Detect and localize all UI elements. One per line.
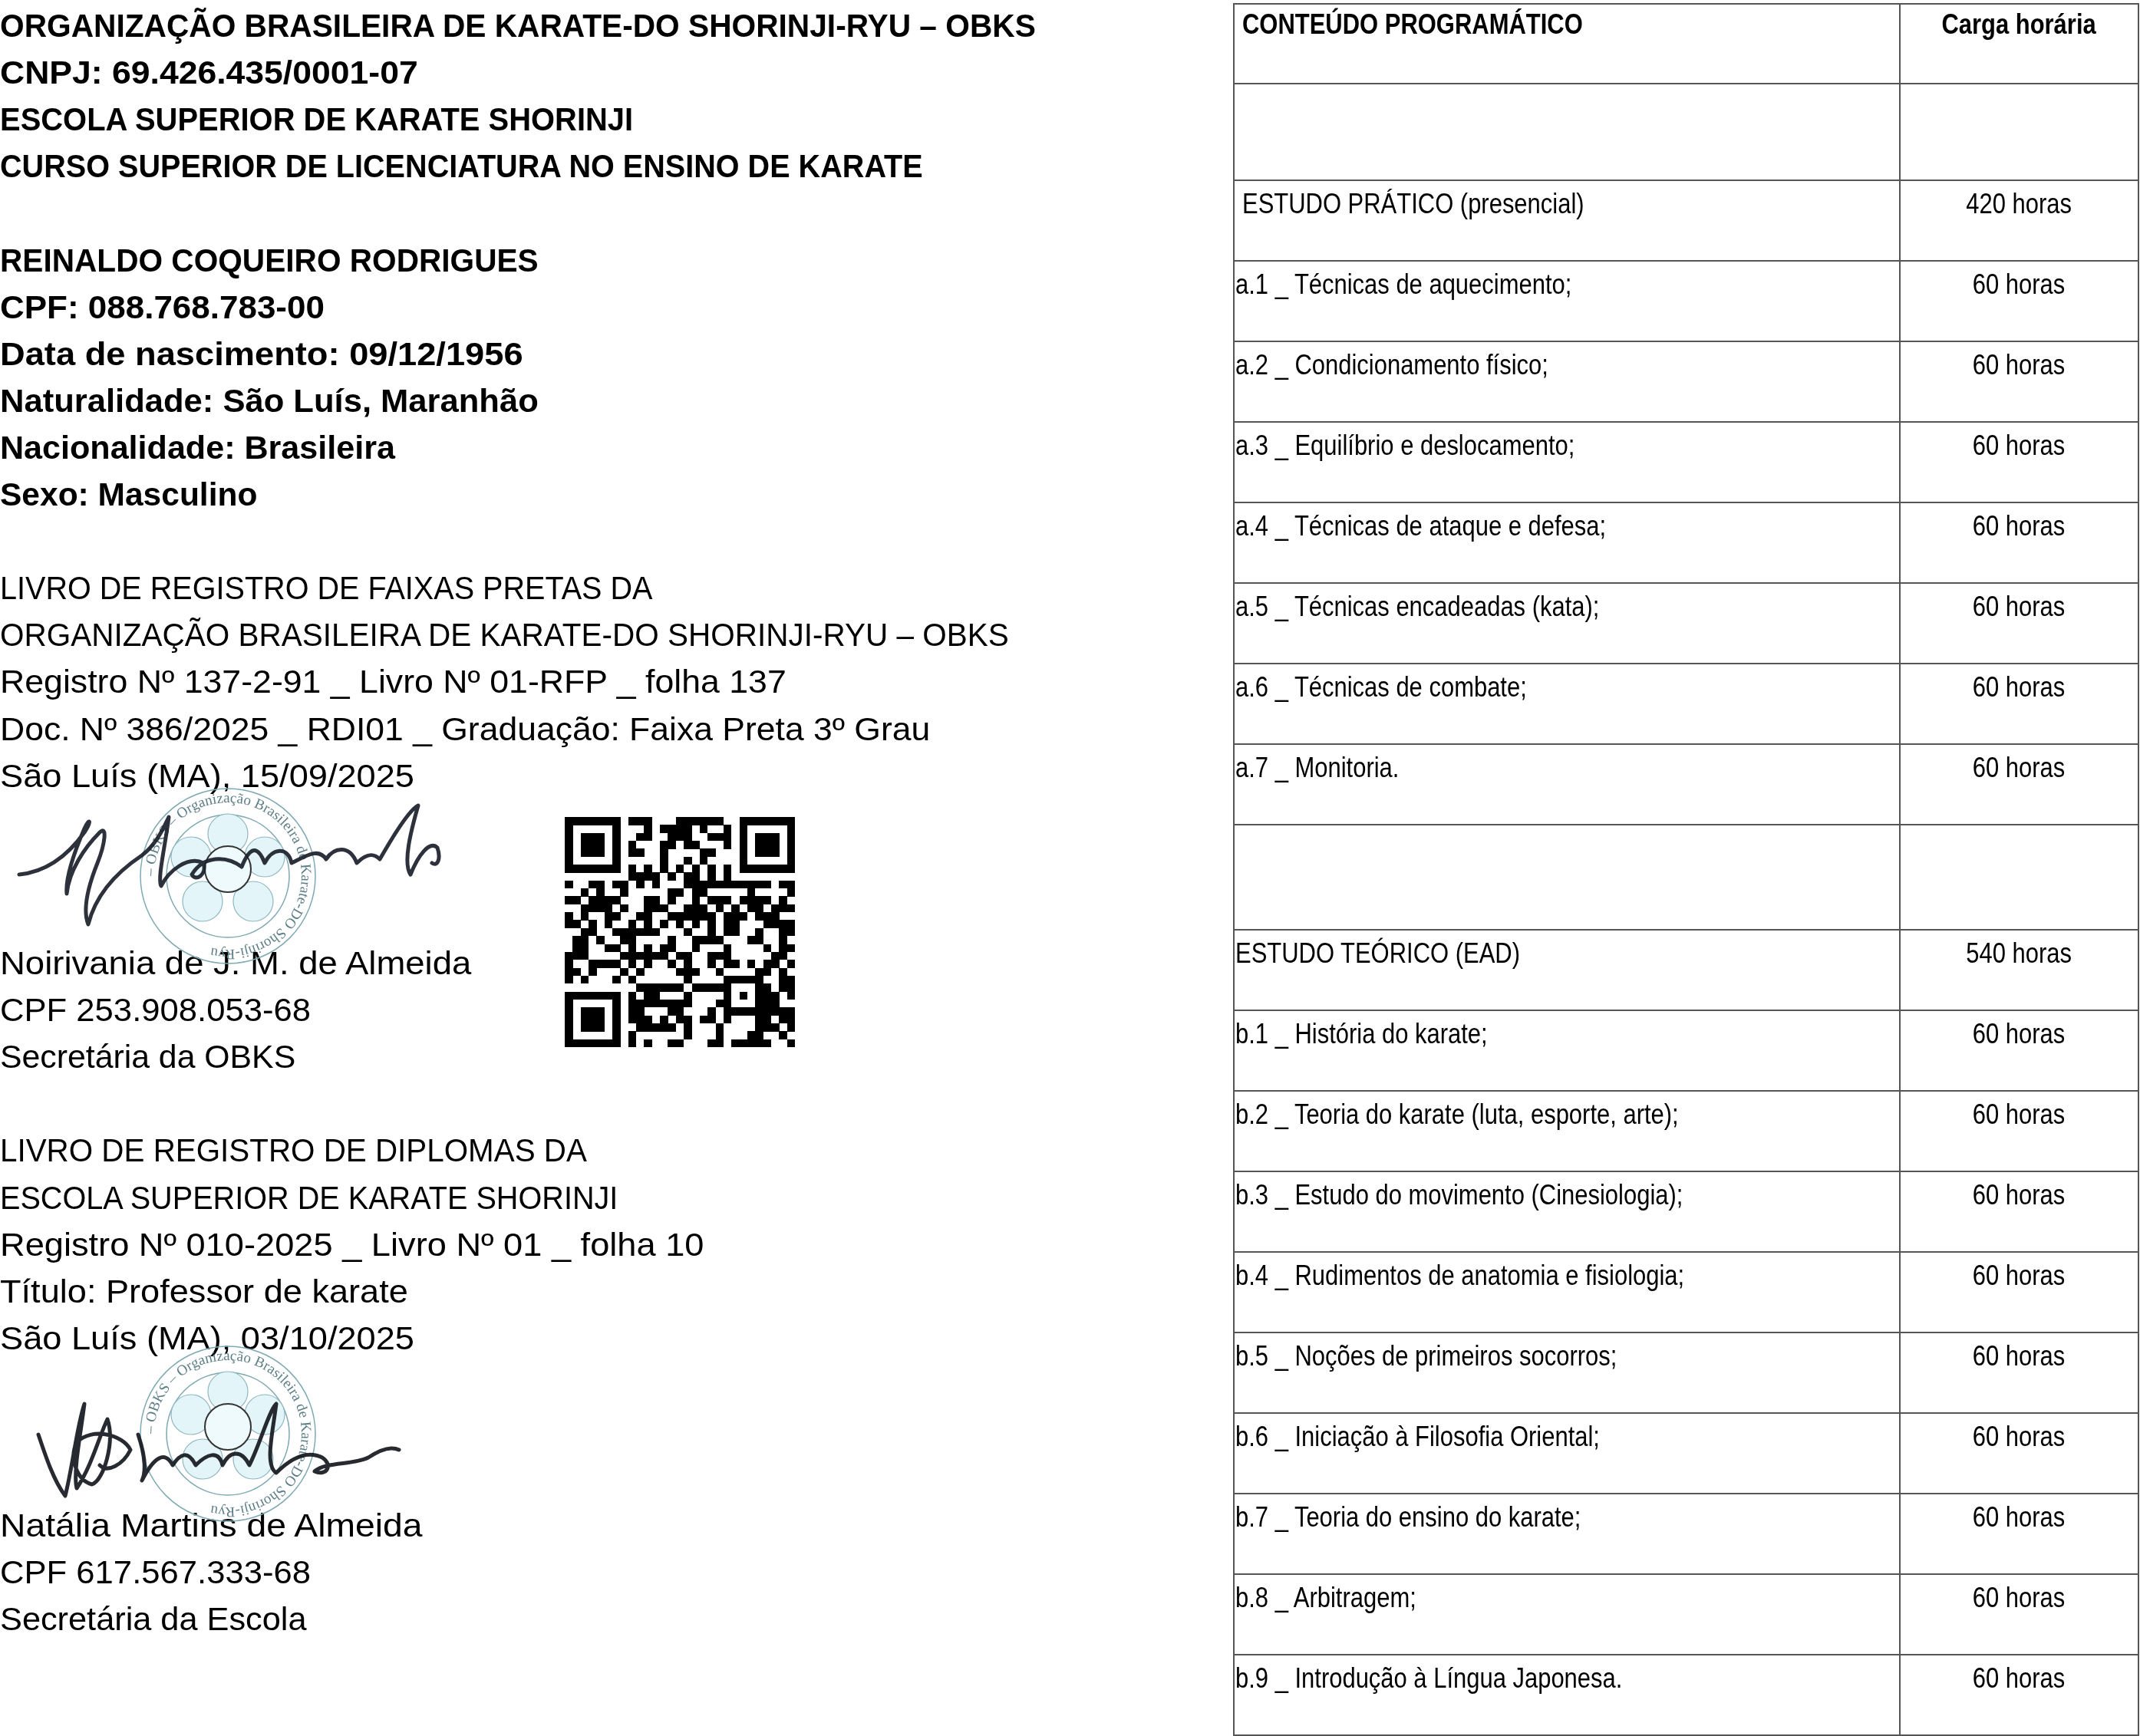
registration-column: ORGANIZAÇÃO BRASILEIRA DE KARATE-DO SHOR…: [0, 0, 1197, 1736]
hours-label: 60 horas: [1973, 430, 2065, 461]
organization-name: ORGANIZAÇÃO BRASILEIRA DE KARATE-DO SHOR…: [0, 7, 1036, 45]
hours-label: 60 horas: [1973, 269, 2065, 300]
content-cell: b.3 _ Estudo do movimento (Cinesiologia)…: [1234, 1171, 1900, 1252]
content-label: b.1 _ História do karate;: [1235, 1019, 1488, 1049]
content-cell: b.6 _ Iniciação à Filosofia Oriental;: [1234, 1413, 1900, 1494]
student-cpf: CPF: 088.768.783-00: [0, 288, 325, 327]
content-cell: b.2 _ Teoria do karate (luta, esporte, a…: [1234, 1091, 1900, 1171]
content-cell: b.7 _ Teoria do ensino do karate;: [1234, 1494, 1900, 1574]
section-row: ESTUDO PRÁTICO (presencial)420 horas: [1234, 180, 2138, 261]
content-label: a.1 _ Técnicas de aquecimento;: [1235, 269, 1571, 300]
hours-cell: 60 horas: [1900, 261, 2138, 341]
hours-label: 60 horas: [1973, 511, 2065, 542]
student-birthplace: Naturalidade: São Luís, Maranhão: [0, 382, 539, 420]
hours-label: 420 horas: [1967, 189, 2072, 219]
table-row: a.2 _ Condicionamento físico;60 horas: [1234, 341, 2138, 422]
table-row: a.4 _ Técnicas de ataque e defesa;60 hor…: [1234, 502, 2138, 583]
hours-cell: [1900, 825, 2138, 930]
hours-cell: 60 horas: [1900, 1091, 2138, 1171]
hours-label: 60 horas: [1973, 1341, 2065, 1372]
content-cell: b.5 _ Noções de primeiros socorros;: [1234, 1332, 1900, 1413]
course-name: CURSO SUPERIOR DE LICENCIATURA NO ENSINO…: [0, 147, 923, 186]
student-nationality: Nacionalidade: Brasileira: [0, 429, 395, 467]
content-cell: a.6 _ Técnicas de combate;: [1234, 664, 1900, 744]
hours-cell: 60 horas: [1900, 1574, 2138, 1655]
hours-label: 60 horas: [1973, 1260, 2065, 1291]
school-secretary-cpf: CPF 617.567.333-68: [0, 1553, 311, 1592]
school-name: ESCOLA SUPERIOR DE KARATE SHORINJI: [0, 100, 633, 139]
hours-label: 540 horas: [1967, 938, 2072, 969]
table-row: b.6 _ Iniciação à Filosofia Oriental;60 …: [1234, 1413, 2138, 1494]
content-label: a.6 _ Técnicas de combate;: [1235, 672, 1527, 703]
hours-label: 60 horas: [1973, 1663, 2065, 1694]
content-cell: a.1 _ Técnicas de aquecimento;: [1234, 261, 1900, 341]
content-cell: ESTUDO PRÁTICO (presencial): [1234, 180, 1900, 261]
header-hours-label: Carga horária: [1942, 9, 2096, 40]
organization-cnpj: CNPJ: 69.426.435/0001-07: [0, 54, 418, 92]
content-cell: b.1 _ História do karate;: [1234, 1010, 1900, 1091]
hours-cell: 60 horas: [1900, 1655, 2138, 1735]
hours-label: 60 horas: [1973, 591, 2065, 622]
hours-cell: 60 horas: [1900, 1010, 2138, 1091]
content-cell: a.2 _ Condicionamento físico;: [1234, 341, 1900, 422]
content-label: ESTUDO TEÓRICO (EAD): [1235, 938, 1520, 969]
table-row: b.8 _ Arbitragem;60 horas: [1234, 1574, 2138, 1655]
syllabus-table: CONTEÚDO PROGRAMÁTICO Carga horária ESTU…: [1233, 3, 2139, 1736]
hours-label: 60 horas: [1973, 350, 2065, 380]
black-belt-document-grade: Doc. Nº 386/2025 _ RDI01 _ Graduação: Fa…: [0, 710, 930, 749]
black-belt-registry-title: LIVRO DE REGISTRO DE FAIXAS PRETAS DA: [0, 569, 652, 608]
hours-cell: 60 horas: [1900, 744, 2138, 825]
obks-secretary-cpf: CPF 253.908.053-68: [0, 991, 311, 1029]
student-name: REINALDO COQUEIRO RODRIGUES: [0, 242, 539, 280]
header-hours: Carga horária: [1900, 4, 2138, 84]
section-row: ESTUDO TEÓRICO (EAD)540 horas: [1234, 930, 2138, 1010]
spacer-row: [1234, 825, 2138, 930]
hours-label: 60 horas: [1973, 1019, 2065, 1049]
document-page: ORGANIZAÇÃO BRASILEIRA DE KARATE-DO SHOR…: [0, 0, 2140, 1736]
diploma-registry-school: ESCOLA SUPERIOR DE KARATE SHORINJI: [0, 1179, 618, 1217]
hours-cell: 60 horas: [1900, 422, 2138, 502]
content-cell: b.4 _ Rudimentos de anatomia e fisiologi…: [1234, 1252, 1900, 1332]
content-label: a.5 _ Técnicas encadeadas (kata);: [1235, 591, 1599, 622]
content-label: a.4 _ Técnicas de ataque e defesa;: [1235, 511, 1606, 542]
obks-secretary-role: Secretária da OBKS: [0, 1038, 295, 1076]
content-cell: [1234, 825, 1900, 930]
hours-label: 60 horas: [1973, 1421, 2065, 1452]
hours-label: 60 horas: [1973, 1180, 2065, 1211]
table-row: b.3 _ Estudo do movimento (Cinesiologia)…: [1234, 1171, 2138, 1252]
table-row: a.6 _ Técnicas de combate;60 horas: [1234, 664, 2138, 744]
school-secretary-role: Secretária da Escola: [0, 1600, 307, 1639]
hours-cell: 60 horas: [1900, 664, 2138, 744]
spacer-row: [1234, 84, 2138, 180]
table-header-row: CONTEÚDO PROGRAMÁTICO Carga horária: [1234, 4, 2138, 84]
content-label: b.6 _ Iniciação à Filosofia Oriental;: [1235, 1421, 1600, 1452]
content-label: b.9 _ Introdução à Língua Japonesa.: [1235, 1663, 1622, 1694]
table-row: b.5 _ Noções de primeiros socorros;60 ho…: [1234, 1332, 2138, 1413]
table-row: b.1 _ História do karate;60 horas: [1234, 1010, 2138, 1091]
hours-label: 60 horas: [1973, 753, 2065, 783]
table-row: b.4 _ Rudimentos de anatomia e fisiologi…: [1234, 1252, 2138, 1332]
student-birth-date: Data de nascimento: 09/12/1956: [0, 335, 523, 374]
hours-cell: 60 horas: [1900, 1252, 2138, 1332]
hours-cell: 420 horas: [1900, 180, 2138, 261]
hours-cell: 60 horas: [1900, 502, 2138, 583]
content-cell: [1234, 84, 1900, 180]
table-row: a.1 _ Técnicas de aquecimento;60 horas: [1234, 261, 2138, 341]
student-sex: Sexo: Masculino: [0, 476, 257, 514]
hours-cell: 60 horas: [1900, 583, 2138, 664]
table-row: b.9 _ Introdução à Língua Japonesa.60 ho…: [1234, 1655, 2138, 1735]
hours-cell: [1900, 84, 2138, 180]
hours-cell: 540 horas: [1900, 930, 2138, 1010]
content-label: b.4 _ Rudimentos de anatomia e fisiologi…: [1235, 1260, 1684, 1291]
hours-cell: 60 horas: [1900, 1413, 2138, 1494]
content-cell: ESTUDO TEÓRICO (EAD): [1234, 930, 1900, 1010]
content-label: b.3 _ Estudo do movimento (Cinesiologia)…: [1235, 1180, 1683, 1211]
header-content: CONTEÚDO PROGRAMÁTICO: [1234, 4, 1900, 84]
hours-label: 60 horas: [1973, 672, 2065, 703]
table-row: a.5 _ Técnicas encadeadas (kata);60 hora…: [1234, 583, 2138, 664]
hours-cell: 60 horas: [1900, 1494, 2138, 1574]
qr-code-icon[interactable]: [565, 817, 795, 1047]
content-cell: b.8 _ Arbitragem;: [1234, 1574, 1900, 1655]
content-label: b.2 _ Teoria do karate (luta, esporte, a…: [1235, 1099, 1679, 1130]
content-label: a.7 _ Monitoria.: [1235, 753, 1399, 783]
table-row: b.7 _ Teoria do ensino do karate;60 hora…: [1234, 1494, 2138, 1574]
header-content-label: CONTEÚDO PROGRAMÁTICO: [1242, 9, 1583, 40]
content-cell: a.4 _ Técnicas de ataque e defesa;: [1234, 502, 1900, 583]
content-cell: a.5 _ Técnicas encadeadas (kata);: [1234, 583, 1900, 664]
black-belt-registry-organization: ORGANIZAÇÃO BRASILEIRA DE KARATE-DO SHOR…: [0, 616, 1009, 654]
content-label: b.5 _ Noções de primeiros socorros;: [1235, 1341, 1617, 1372]
content-label: a.2 _ Condicionamento físico;: [1235, 350, 1548, 380]
black-belt-registry-number: Registro Nº 137-2-91 _ Livro Nº 01-RFP _…: [0, 663, 786, 701]
content-label: a.3 _ Equilíbrio e deslocamento;: [1235, 430, 1574, 461]
content-label: ESTUDO PRÁTICO (presencial): [1242, 189, 1584, 219]
content-cell: b.9 _ Introdução à Língua Japonesa.: [1234, 1655, 1900, 1735]
diploma-registry-title: LIVRO DE REGISTRO DE DIPLOMAS DA: [0, 1132, 587, 1170]
table-row: b.2 _ Teoria do karate (luta, esporte, a…: [1234, 1091, 2138, 1171]
hours-cell: 60 horas: [1900, 1332, 2138, 1413]
signature-icon: [12, 802, 453, 932]
content-label: b.7 _ Teoria do ensino do karate;: [1235, 1502, 1581, 1533]
signature-icon: [31, 1388, 407, 1504]
content-cell: a.7 _ Monitoria.: [1234, 744, 1900, 825]
hours-label: 60 horas: [1973, 1502, 2065, 1533]
content-cell: a.3 _ Equilíbrio e deslocamento;: [1234, 422, 1900, 502]
content-label: b.8 _ Arbitragem;: [1235, 1583, 1416, 1613]
hours-label: 60 horas: [1973, 1099, 2065, 1130]
diploma-registry-number: Registro Nº 010-2025 _ Livro Nº 01 _ fol…: [0, 1226, 704, 1264]
table-row: a.7 _ Monitoria.60 horas: [1234, 744, 2138, 825]
hours-cell: 60 horas: [1900, 1171, 2138, 1252]
table-row: a.3 _ Equilíbrio e deslocamento;60 horas: [1234, 422, 2138, 502]
hours-cell: 60 horas: [1900, 341, 2138, 422]
diploma-title: Título: Professor de karate: [0, 1273, 408, 1311]
hours-label: 60 horas: [1973, 1583, 2065, 1613]
